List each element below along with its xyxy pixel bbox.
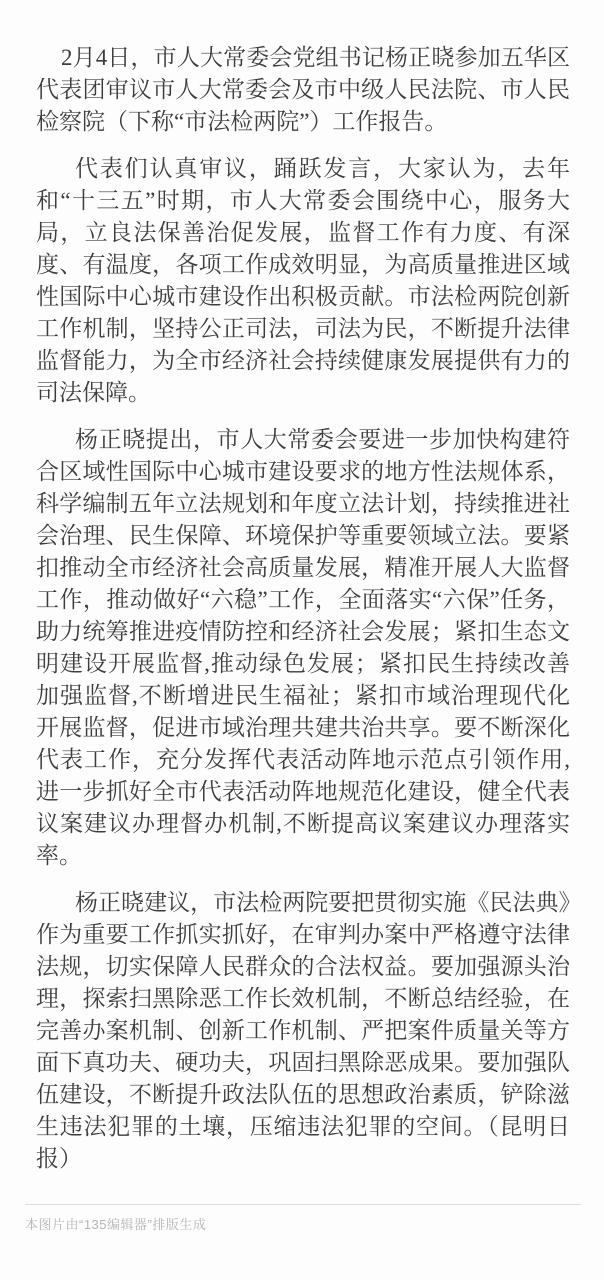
generator-credit: 本图片由“135编辑器”排版生成	[25, 1217, 206, 1232]
article-paragraph-1: 2月4日，市人大常委会党组书记杨正晓参加五华区代表团审议市人大常委会及市中级人民…	[36, 42, 570, 138]
article-paragraph-2: 代表们认真审议，踊跃发言，大家认为，去年和“十三五”时期，市人大常委会围绕中心，…	[36, 153, 570, 409]
article-body: 2月4日，市人大常委会党组书记杨正晓参加五华区代表团审议市人大常委会及市中级人民…	[0, 0, 604, 1175]
footer: 本图片由“135编辑器”排版生成	[25, 1204, 581, 1233]
article-paragraph-4: 杨正晓建议，市法检两院要把贯彻实施《民法典》作为重要工作抓实抓好，在审判办案中严…	[36, 887, 570, 1175]
article-paragraph-3: 杨正晓提出，市人大常委会要进一步加快构建符合区域性国际中心城市建设要求的地方性法…	[36, 424, 570, 872]
